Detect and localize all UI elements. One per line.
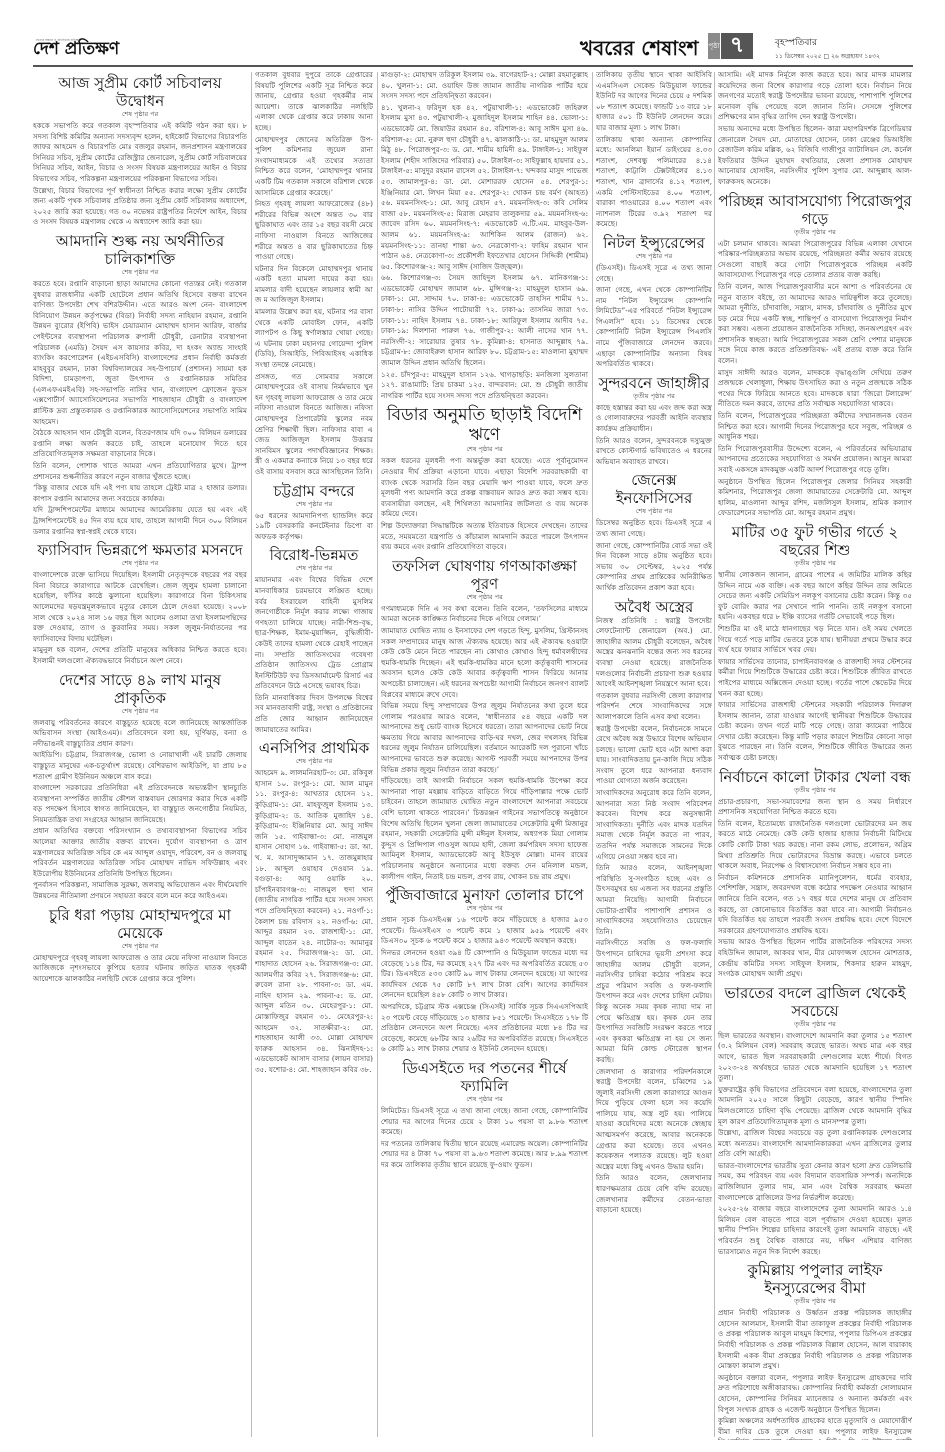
paragraph: যুক্তরাষ্ট্রের কৃষি বিভাগের প্রতিবেদনে ব… [718,1085,912,1127]
article-displaced: দেশের সাড়ে ৪৯ লাখ মানুষ প্রাকৃতিক শেষ প… [33,671,247,902]
paragraph: ১২৫. চাঁদপুর-৫: মাহমুদুল হাসান ১২৬. খাগড… [381,370,588,402]
article-illegal-arms: অবৈধ অস্ত্রের নিজস্ব প্রতিনিধি : স্বরাষ্… [596,598,712,1216]
headline[interactable]: নিটল ইন্স্যুরেন্সের [596,234,712,252]
headline[interactable]: মাটির ৩৫ ফুট গভীর গর্তে ২ বছরের শিশু [718,523,912,559]
continued-label: তৃতীয় পৃষ্ঠার পর [718,786,912,795]
paragraph: মামুনুল হক বলেন, দেশের প্রতিটি মানুষের অ… [33,645,247,666]
paragraph: গতকাল বুধবার নরসিংদী জেলা কারাগার পরিদর্… [596,691,712,723]
paragraph: তিনি মানবাধিকার দিবস উপলক্ষে বিশ্বের সব … [255,693,373,735]
paragraph: প্রসঙ্গত, গত সোমবার সকালে মোহাম্মদপুরের … [255,372,373,478]
headline[interactable]: নির্বাচনে কালো টাকার খেলা বন্ধ [718,768,912,786]
headline[interactable]: পরিচ্ছন্ন আবাসযোগ্য পিরোজপুর গড়ে [718,192,912,228]
headline[interactable]: আমদানি শুল্ক নয় অর্থনীতির চালিকাশক্তি [33,232,247,268]
continued-label: শেষ পৃষ্ঠার পর [33,707,247,716]
paragraph: প্রধান নির্বাহী পরিচালক ও উর্ধ্বতন প্রকল… [718,1308,912,1372]
paragraph: ৬৬. কিশোরগঞ্জ-৩: সৈয়দ জাহিদুল ইসলাম ৬৭.… [381,273,588,368]
article-stock-profit: পুঁজিবাজারে মুনাফা তোলার চাপে শেষ পৃষ্ঠা… [381,886,588,1055]
paragraph: ডিসেম্বর অনুষ্ঠিত হবে। ডিএসই সূত্রে এ তথ… [596,518,712,539]
continued-label: তৃতীয় পৃষ্ঠার পর [718,1020,912,1029]
column-divider [714,72,715,1437]
article-import-duty: আমদানি শুল্ক নয় অর্থনীতির চালিকাশক্তি শ… [33,232,247,537]
paragraph: কুমিল্লা অঞ্চলের অর্ধশতাধিক গ্রাহকের হাত… [718,1416,912,1440]
headline[interactable]: এনসিপির প্রাথমিক [255,739,373,757]
headline[interactable]: চট্টগ্রাম বন্দরে [255,482,373,500]
paragraph: মোহাম্মদপুর জোনের অতিরিক্ত উপ-পুলিশ কমিশ… [255,135,373,199]
article-tofsil: তফসিল ঘোষণায় গণআকাঙ্ক্ষা পূরণ শেষ পৃষ্ঠ… [381,557,588,882]
masthead: সত্যের সন্ধানে ও প্রতিদিনের প্রতিচ্ছবি দ… [0,0,945,52]
paragraph: দিনভর লেনদেন হওয়া ৩৯৪ টি কোম্পানি ও মিউ… [381,948,588,1001]
headline[interactable]: তফসিল ঘোষণায় গণআকাঙ্ক্ষা পূরণ [381,557,588,593]
continued-label: তৃতীয় পৃষ্ঠার পর [718,228,912,237]
paragraph: অনুষ্ঠানে বক্তারা বলেন, পপুলার লাইফ ইনস্… [718,1373,912,1415]
paragraph: অনুষ্ঠানে উপস্থিত ছিলেন পিরোজপুর জেলার স… [718,477,912,519]
continued-label: শেষ পৃষ্ঠার পর [33,559,247,568]
headline[interactable]: ডিএসইতে দর পতনের শীর্ষে ফ্যামিলি [381,1059,588,1095]
paragraph: মাগুড়া-২: মোহাম্মদ তরিকুল ইসলাম ৩৯. বাগ… [381,70,588,102]
continued-label: তৃতীয় পৃষ্ঠার পর [718,1297,912,1306]
article-brazil: ভারতের বদলে ব্রাজিল থেকেই সবচেয়ে তৃতীয়… [718,984,912,1257]
paragraph: তিনি বলেন, পিরোজপুরের পরিচ্ছন্নতা কর্মীদ… [718,411,912,443]
paragraph: পুনর্বাসন পরিকল্পনা, সামাজিক সুরক্ষা, জল… [33,880,247,901]
paragraph: প্রধান অতিথির বক্তব্যে পরিসংখ্যান ও তথ্য… [33,826,247,879]
paragraph: সকল ধরনের মূলধনী পণ্য অন্তর্ভুক্ত করা হয… [381,456,588,520]
article-popular-life: কুমিল্লায় পপুলার লাইফ ইনস্যুরেন্সের বীম… [718,1261,912,1440]
paragraph: সাংবাদিকদের অনুরোধ করে তিনি বলেন, আপনারা… [596,788,712,862]
section-title: খবরের শেষাংশ [580,34,699,67]
headline[interactable]: চুরি ধরা পড়ায় মোহাম্মদপুরে মা মেয়েকে [33,906,247,942]
article-theft: চুরি ধরা পড়ায় মোহাম্মদপুরে মা মেয়েকে … [33,906,247,985]
paragraph: মোহাম্মদপুরে গৃহবধূ লায়লা আফরোজ ও তার ম… [33,953,247,985]
continued-label: শেষ পৃষ্ঠার পর [33,268,247,277]
paragraph: তিনি আরও বলেন, আইনশৃঙ্খলা পরিস্থিতি সু-স… [596,863,712,937]
continued-label: শেষ পৃষ্ঠার পর [381,593,588,602]
paragraph: সভায় অন্যদের মধ্যে উপস্থিত ছিলেন- কারা … [718,124,912,188]
paragraph: হককে সভাপতি করে গতকাল বৃহস্পতিবার এই কমি… [33,121,247,185]
continued-label: শেষ পৃষ্ঠার পর [381,904,588,913]
column-divider [592,72,593,1437]
headline[interactable]: সুন্দরবনে জাহাঙ্গীর [596,374,712,392]
paragraph: জলবায়ু পরিবর্তনের কারণে বাস্তুচ্যুত হয়… [33,718,247,750]
paragraph: উল্লেখ্য, বিচার বিভাগের পূর্ণ স্বাধীনতা … [33,186,247,228]
paragraph: প্রচার-প্রচারণা, সভা-সমাবেশের জন্য স্থান… [718,797,912,818]
paragraph: জানা গেছে, কোম্পানিটির বোর্ড সভা ওই দিন … [596,541,712,594]
headline[interactable]: পুঁজিবাজারে মুনাফা তোলার চাপে [381,886,588,904]
column-3: মাগুড়া-২: মোহাম্মদ তরিকুল ইসলাম ৩৯. বাগ… [381,70,588,1440]
article-dse-family: ডিএসইতে দর পতনের শীর্ষে ফ্যামিলি শেষ পৃষ… [381,1059,588,1171]
weekday: বৃহস্পতিবার [775,35,817,50]
paragraph: আসামি। এই মাদক নির্মূলে কাজ করতে হবে। আর… [718,70,912,123]
paragraph: নরসিংদীতে সবজি ও ফল-ফলাদি উৎপাদনে চাষিদে… [596,938,712,1065]
headline[interactable]: দেশের সাড়ে ৪৯ লাখ মানুষ প্রাকৃতিক [33,671,247,707]
paragraph: নিজস্ব প্রতিনিধি : স্বরাষ্ট্র উপদেষ্টা ল… [596,616,712,690]
paragraph: তিনি পিরোজপুরবাসীর উদ্দেশ্যে বলেন, এ পরি… [718,444,912,476]
paragraph: জেলখানা ও কারাগার পরিদর্শনকালে স্বরাষ্ট্… [596,1067,712,1173]
headline[interactable]: জেনেক্স ইনফোসিসের [596,471,712,507]
paragraph: আহমেদ ৯. লালমনিরহাট-৩: মো. রকিবুল হাসান … [255,768,373,1075]
paragraph: মাসুদ সাঈদী আরও বলেন, মাদককে বৃদ্ধাঙ্গুল… [718,368,912,410]
continued-label: শেষ পৃষ্ঠার পর [381,445,588,454]
paragraph: সভায় আরও উপস্থিত ছিলেন পার্টির রাজনৈতিক… [718,937,912,979]
continued-label: শেষ পৃষ্ঠার পর [255,564,373,573]
paragraph: তিনি বলেন, ইতোমধ্যে রাজনৈতিক দলগুলো ভোটা… [718,819,912,872]
article-home-adviser: আসামি। এই মাদক নির্মূলে কাজ করতে হবে। আর… [718,70,912,188]
newspaper-logo[interactable]: দেশ প্রতিক্ষণ [33,36,119,64]
continued-label: শেষ পৃষ্ঠার পর [596,252,712,261]
article-black-money: নির্বাচনে কালো টাকার খেলা বন্ধ তৃতীয় পৃ… [718,768,912,980]
paragraph: স্বরাষ্ট্র উপদেষ্টা বলেন, নির্বাচনকে সাম… [596,724,712,788]
article-ncp: এনসিপির প্রাথমিক শেষ পৃষ্ঠার পর আহমেদ ৯.… [255,739,373,1075]
continued-label: শেষ পৃষ্ঠার পর [255,500,373,509]
column-1: আজ সুপ্রীম কোর্ট সচিবালয় উদ্বোধন শেষ পৃ… [33,70,247,1440]
article-theft-continued: গতকাল বুধবার দুপুরে তাকে গ্রেপ্তারের বিষ… [255,70,373,478]
paragraph: যদি ট্রান্সশিপমেন্টের মাধ্যমে আমাদের আমে… [33,505,247,537]
headline[interactable]: ফ্যাসিবাদ ভিন্নরূপে ক্ষমতার মসনদে [33,541,247,559]
paragraph: তালিকায় তৃতীয় স্থানে থাকা আইসিবি এএমসি… [596,70,712,134]
paragraph: বাংলাদেশকে রক্তে ভাসিয়ে দিয়েছিল। ইসলাম… [33,570,247,644]
column-divider [251,72,252,1437]
paragraph: ঘটনার দিন বিকেলে মোহাম্মদপুর থানায় একটি… [255,264,373,306]
article-sundarbans: সুন্দরবনে জাহাঙ্গীর তৃতীয় পৃষ্ঠার পর কা… [596,374,712,468]
continued-label: তৃতীয় পৃষ্ঠার পর [596,392,712,401]
headline[interactable]: আজ সুপ্রীম কোর্ট সচিবালয় উদ্বোধন [33,74,247,110]
continued-label: শেষ পৃষ্ঠার পর [33,942,247,951]
continued-label: শেষ পৃষ্ঠার পর [255,757,373,766]
headline[interactable]: ভারতের বদলে ব্রাজিল থেকেই সবচেয়ে [718,984,912,1020]
paragraph: অপরদিকে, চট্টগ্রাম স্টক এক্সচেঞ্জ (সিএসই… [381,1002,588,1055]
paragraph: এটা চলমান থাকবে। আমরা পিরোজপুরের বিভিন্ন… [718,239,912,281]
paragraph: দাঁড়িয়েছে। তাই আগামী নির্বাচনে সকল হুম… [381,776,588,882]
paragraph: ৪১. খুলনা-২ ফরিদুল হক ৪২. পটুয়াখালী-১: … [381,103,588,273]
headline[interactable]: বিডার অনুমতি ছাড়াই বিদেশি ঋণে [381,405,588,445]
continued-label: শেষ পৃষ্ঠার পর [596,507,712,516]
article-fascism: ফ্যাসিবাদ ভিন্নরূপে ক্ষমতার মসনদে শেষ পৃ… [33,541,247,666]
paragraph: বাংলাদেশ সরকারের প্রতিনিধিরা এই প্রতিবেদ… [33,783,247,825]
paragraph: শিল্প উদ্যোক্তারা সিদ্ধান্তটিকে অত্যন্ত … [381,521,588,553]
paragraph: তিনি বলেন, পোশাক খাতে আমরা এখন প্রতিযোগি… [33,461,247,482]
paragraph: মায়ানমার এবং বিশ্বের বিভিন্ন দেশে মানবা… [255,575,373,692]
paragraph: মামলার উল্লেখ করা হয়, ঘটনার পর বাসা থেক… [255,307,373,371]
paragraph: ফায়ার সার্ভিসের তানোর, চাপাইনবাবগঞ্জ ও … [718,657,912,699]
page-number: ৭ [721,33,753,59]
article-candidates-list: মাগুড়া-২: মোহাম্মদ তরিকুল ইসলাম ৩৯. বাগ… [381,70,588,401]
paragraph: জানা গেছে, এখন থেকে কোম্পানিটির নাম “নিট… [596,285,712,370]
paragraph: ফায়ার সার্ভিসের রাজশাহী স্টেশনের সহকারী… [718,700,912,764]
article-nitol: নিটল ইন্স্যুরেন্সের শেষ পৃষ্ঠার পর (ডিএস… [596,234,712,370]
paragraph: আইডিপি। চট্টগ্রাম, সিরাজগঞ্জ, ভোলা ও নোয… [33,750,247,782]
paragraph: দর পতনের তালিকায় দ্বিতীয় স্থানে রয়েছে… [381,1139,588,1171]
article-supreme-court: আজ সুপ্রীম কোর্ট সচিবালয় উদ্বোধন শেষ পৃ… [33,74,247,228]
paragraph: নির্বাচন কমিশনকে প্রশাসনিক ম্যানিপুলেশন,… [718,873,912,937]
column-2: গতকাল বুধবার দুপুরে তাকে গ্রেপ্তারের বিষ… [255,70,373,1440]
headline[interactable]: কুমিল্লায় পপুলার লাইফ ইনস্যুরেন্সের বীম… [718,1261,912,1297]
paragraph: স্থানীয় লোকজন জানান, গ্রামের পাশের এ জম… [718,570,912,623]
paragraph: শিশুটির মা ওই মাঠে ধানগাছের খড় নিতে যান… [718,624,912,656]
paragraph: (ডিএসই)। ডিএসই সূত্রে এ তথ্য জানা গেছে। [596,263,712,284]
continued-label: শেষ পৃষ্ঠার পর [381,1095,588,1104]
paragraph: উল্লেখ্য, ব্রাজিল বিশ্বের সবচেয়ে বড় তু… [718,1128,912,1160]
article-child-pit: মাটির ৩৫ ফুট গভীর গর্তে ২ বছরের শিশু তৃত… [718,523,912,764]
column-5: আসামি। এই মাদক নির্মূলে কাজ করতে হবে। আর… [718,70,912,1440]
article-pirojpur: পরিচ্ছন্ন আবাসযোগ্য পিরোজপুর গড়ে তৃতীয়… [718,192,912,519]
paragraph: ‘কিন্তু বাজার থেকে যদি এই পণ্য যায় তাহল… [33,483,247,504]
paragraph: প্রধান সূচক ডিএসইএক্স ১৬ পয়েন্ট কমে দাঁ… [381,915,588,947]
paragraph: কাছে হস্তান্তর করা হয় এবং জব্দ করা অস্ত… [596,403,712,435]
paragraph: গতকাল বুধবার দুপুরে তাকে গ্রেপ্তারের বিষ… [255,70,373,134]
paragraph: লিমিটেড। ডিএসই সূত্রে এ তথ্য জানা গেছে। … [381,1106,588,1138]
column-4: তালিকায় তৃতীয় স্থানে থাকা আইসিবি এএমসি… [596,70,712,1440]
paragraph: তিনি বলেন, আজ পিরোজপুরবাসীর মনে আশা ও পর… [718,282,912,367]
article-genex: জেনেক্স ইনফোসিসের শেষ পৃষ্ঠার পর ডিসেম্ব… [596,471,712,593]
headline[interactable]: অবৈধ অস্ত্রের [596,598,712,616]
paragraph: নিহত গৃহবধূ লায়লা আফরোজের (৪৮) শরীরের ব… [255,199,373,263]
paragraph: বিভিন্ন সময়ে হিন্দু সম্প্রদায়ের উপর জু… [381,701,588,775]
paragraph: করতে হবে। রপ্তানি বাড়ানো ছাড়া আমাদের ক… [33,279,247,427]
article-ctg-port: চট্টগ্রাম বন্দরে শেষ পৃষ্ঠার পর ৬৫ ধরনের… [255,482,373,543]
paragraph: তিনি আরও বলেন, সুন্দরবনকে দস্যুমুক্ত রাখ… [596,436,712,468]
article-dissent: বিরোধ-ভিন্নমত শেষ পৃষ্ঠার পর মায়ানমার এ… [255,546,373,735]
column-divider [377,72,378,1437]
paragraph: ছিল ভারতের অবস্থান। বাংলাদেশে আমদানি করা… [718,1031,912,1084]
paragraph: গণমাধ্যমকে দিনি এ সব কথা বলেন। তিনি বলেন… [381,604,588,625]
continued-label: তৃতীয় পৃষ্ঠার পর [718,559,912,568]
paragraph: জামায়াত ঘোষিত ন্যায় ও ইনসাফের দেশ গড়ত… [381,626,588,700]
issue-date: ১১ ডিসেম্বর ২০২৫ □ ২৬ অগ্রহায়ণ ১৪৩২ [775,51,880,62]
continued-label: শেষ পৃষ্ঠার পর [33,110,247,119]
paragraph: ভারত-বাংলাদেশের ভারতীয় সুতা কেনার কারণ … [718,1161,912,1203]
paragraph: ৬৫ ধরনের আমদানিপণ্য হ্যান্ডলিং করে ১৯টি … [255,511,373,543]
masthead-rule [33,65,913,67]
page-label: পৃষ্ঠা [708,33,720,59]
headline[interactable]: বিরোধ-ভিন্নমত [255,546,373,564]
paragraph: বৈঠকে আহসান খান চৌধুরী বলেন, বিতরণজাম যদ… [33,428,247,460]
article-bida: বিডার অনুমতি ছাড়াই বিদেশি ঋণে শেষ পৃষ্ঠ… [381,405,588,552]
paragraph: তালিকায় থাকা অন্যান্য কোম্পানির মধ্যে: … [596,135,712,230]
article-top-list: তালিকায় তৃতীয় স্থানে থাকা আইসিবি এএমসি… [596,70,712,230]
paragraph: তিনি আরও বলেন, জেলখানার ধারণক্ষমতার চেয়… [596,1173,712,1215]
paragraph: ২০২৫-২৬ বাজার বছরে বাংলাদেশের তুলা আমদান… [718,1204,912,1257]
